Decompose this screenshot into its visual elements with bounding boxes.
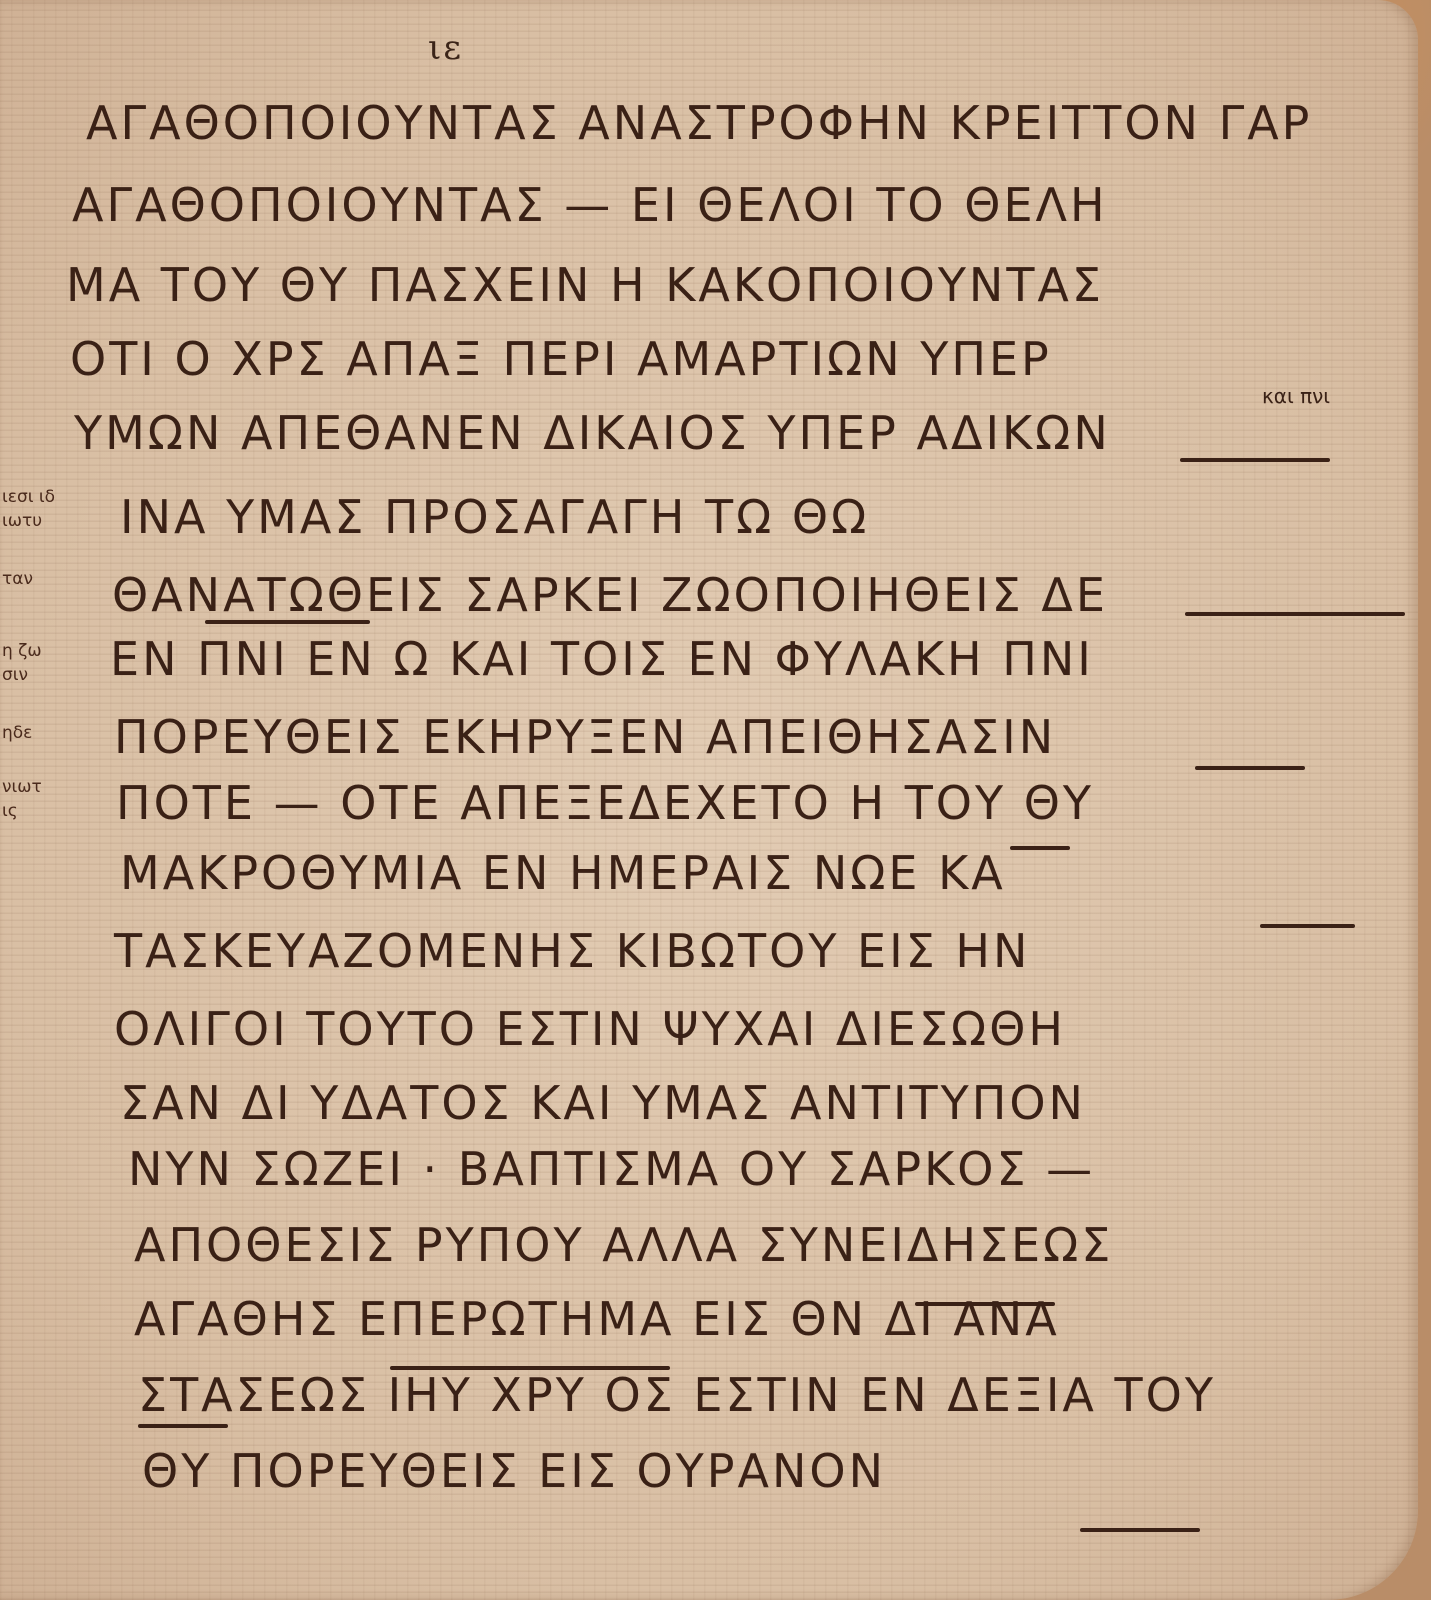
nomen-sacrum-overline xyxy=(1195,766,1305,770)
text-line: ΜΑΚΡΟΘΥΜΙΑ ΕΝ ΗΜΕΡΑΙΣ ΝΩΕ ΚΑ xyxy=(120,846,1006,900)
text-line: ΙΝΑ ΥΜΑΣ ΠΡΟΣΑΓΑΓΗ ΤΩ ΘΩ xyxy=(120,490,869,544)
margin-note: ταν xyxy=(2,568,33,590)
text-line: ΑΠΟΘΕΣΙΣ ΡΥΠΟΥ ΑΛΛΑ ΣΥΝΕΙΔΗΣΕΩΣ xyxy=(134,1218,1113,1272)
text-line: ΕΝ ΠΝΙ ΕΝ Ω ΚΑΙ ΤΟΙΣ ΕΝ ΦΥΛΑΚΗ ΠΝΙ xyxy=(110,632,1094,686)
underline-mark xyxy=(1185,612,1405,616)
text-line: ΤΑΣΚΕΥΑΖΟΜΕΝΗΣ ΚΙΒΩΤΟΥ ΕΙΣ ΗΝ xyxy=(114,924,1030,978)
text-line: ΑΓΑΘΗΣ ΕΠΕΡΩΤΗΜΑ ΕΙΣ ΘΝ ΔΙ ΑΝΑ xyxy=(134,1292,1060,1346)
margin-note: ιεσι ιδ xyxy=(2,486,55,508)
text-line: ΠΟΤΕ — ΟΤΕ ΑΠΕΞΕΔΕΧΕΤΟ Η ΤΟΥ ΘΥ xyxy=(116,776,1094,830)
nomen-sacrum-overline xyxy=(915,1302,1055,1306)
margin-note: ις xyxy=(2,800,18,822)
nomen-sacrum-overline xyxy=(1010,846,1070,850)
margin-note: νιωτ xyxy=(2,776,42,798)
margin-note: σιν xyxy=(2,664,28,686)
margin-note: ηδε xyxy=(2,722,32,744)
text-line: ΘΑΝΑΤΩΘΕΙΣ ΣΑΡΚΕΙ ΖΩΟΠΟΙΗΘΕΙΣ ΔΕ xyxy=(112,568,1108,622)
papyrus-page: ιε ΑΓΑΘΟΠΟΙΟΥΝΤΑΣ ΑΝΑΣΤΡΟΦΗΝ ΚΡΕΙΤΤΟΝ ΓΑ… xyxy=(0,0,1418,1600)
nomen-sacrum-overline xyxy=(1260,924,1355,928)
text-line: ΥΜΩΝ ΑΠΕΘΑΝΕΝ ΔΙΚΑΙΟΣ ΥΠΕΡ ΑΔΙΚΩΝ xyxy=(74,406,1111,460)
text-line: ΘΥ ΠΟΡΕΥΘΕΙΣ ΕΙΣ ΟΥΡΑΝΟΝ xyxy=(142,1444,886,1498)
text-line: ΑΓΑΘΟΠΟΙΟΥΝΤΑΣ ΑΝΑΣΤΡΟΦΗΝ ΚΡΕΙΤΤΟΝ ΓΑΡ xyxy=(86,96,1312,150)
text-line: ΠΟΡΕΥΘΕΙΣ ΕΚΗΡΥΞΕΝ ΑΠΕΙΘΗΣΑΣΙΝ xyxy=(114,710,1056,764)
underline-mark xyxy=(205,620,370,624)
margin-note: ιωτυ xyxy=(2,510,42,532)
text-line: ΟΤΙ Ο ΧΡΣ ΑΠΑΞ ΠΕΡΙ ΑΜΑΡΤΙΩΝ ΥΠΕΡ xyxy=(70,332,1052,386)
text-line: ΑΓΑΘΟΠΟΙΟΥΝΤΑΣ — ΕΙ ΘΕΛΟΙ ΤΟ ΘΕΛΗ xyxy=(72,178,1108,232)
text-line: ΜΑ ΤΟΥ ΘΥ ΠΑΣΧΕΙΝ Η ΚΑΚΟΠΟΙΟΥΝΤΑΣ xyxy=(66,258,1104,312)
underline-mark xyxy=(138,1424,228,1428)
text-block: ΑΓΑΘΟΠΟΙΟΥΝΤΑΣ ΑΝΑΣΤΡΟΦΗΝ ΚΡΕΙΤΤΟΝ ΓΑΡ Α… xyxy=(0,0,1418,1600)
interlinear-correction: και πνι xyxy=(1262,384,1330,408)
nomen-sacrum-overline xyxy=(1180,458,1330,462)
text-line: ΟΛΙΓΟΙ ΤΟΥΤΟ ΕΣΤΙΝ ΨΥΧΑΙ ΔΙΕΣΩΘΗ xyxy=(114,1002,1066,1056)
nomen-sacrum-overline xyxy=(390,1366,670,1370)
underline-mark xyxy=(1080,1528,1200,1532)
text-line: ΣΑΝ ΔΙ ΥΔΑΤΟΣ ΚΑΙ ΥΜΑΣ ΑΝΤΙΤΥΠΟΝ xyxy=(120,1076,1086,1130)
text-line: ΣΤΑΣΕΩΣ ΙΗΥ ΧΡΥ ΟΣ ΕΣΤΙΝ ΕΝ ΔΕΞΙΑ ΤΟΥ xyxy=(138,1368,1216,1422)
margin-note: η ζω xyxy=(2,640,42,662)
text-line: ΝΥΝ ΣΩΖΕΙ · ΒΑΠΤΙΣΜΑ ΟΥ ΣΑΡΚΟΣ — xyxy=(128,1142,1095,1196)
